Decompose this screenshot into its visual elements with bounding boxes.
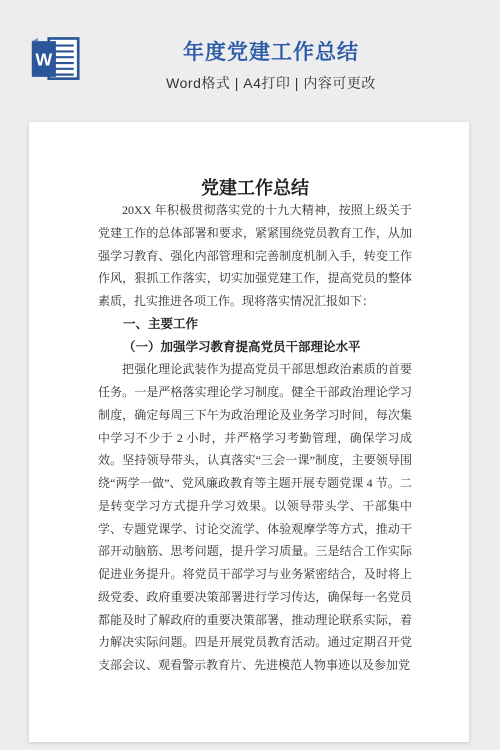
document-paragraph: 把强化理论武装作为提高党员干部思想政治素质的首要任务。一是严格落实理论学习制度。… [98,358,412,677]
header-text: 年度党建工作总结 Word格式 | A4打印 | 内容可更改 [0,40,500,93]
template-title: 年度党建工作总结 [42,40,500,66]
document-body: 20XX 年积极贯彻落实党的十九大精神，按照上级关于党建工作的总体部署和要求，紧… [98,199,412,677]
document-heading: （一）加强学习教育提高党员干部理论水平 [98,336,412,359]
document-paragraph: 20XX 年积极贯彻落实党的十九大精神，按照上级关于党建工作的总体部署和要求，紧… [98,199,412,313]
document-title: 党建工作总结 [98,178,412,198]
document-page: 党建工作总结 20XX 年积极贯彻落实党的十九大精神，按照上级关于党建工作的总体… [29,122,469,742]
document-heading: 一、主要工作 [98,313,412,336]
template-subtitle: Word格式 | A4打印 | 内容可更改 [42,73,500,93]
header: W 年度党建工作总结 Word格式 | A4打印 | 内容可更改 [0,0,500,122]
